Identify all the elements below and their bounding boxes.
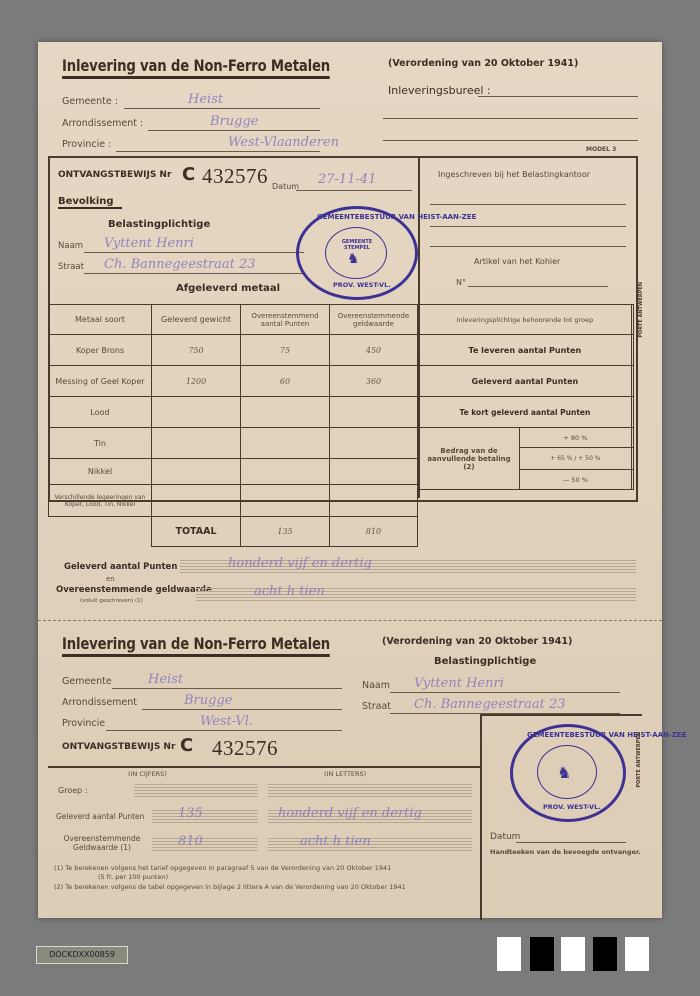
stamp-ring-text: GEMEENTEBESTUUR VAN HEIST-AAN-ZEE [317, 213, 476, 221]
taxpayer-heading: Belastingplichtige [108, 219, 210, 230]
stub-street-label: Straat [362, 701, 391, 712]
header-value: Overeenstemmende geldwaarde [330, 305, 418, 335]
summary-points-label: Geleverd aantal Punten [64, 562, 177, 572]
footnote-2: (2) Te berekenen volgens de tabel opgege… [54, 883, 406, 891]
registered-line-1 [430, 204, 626, 205]
stub-group-label: Groep : [58, 786, 87, 795]
metal-points [241, 485, 330, 517]
stub-group-digits[interactable] [134, 784, 258, 798]
stub-date-line [516, 842, 626, 843]
color-bar-black-1 [530, 937, 554, 971]
table-row: Messing of Geel Koper 1200 60 360 [49, 366, 418, 397]
points-to-deliver-label: Te leveren aantal Punten [419, 335, 632, 366]
percent-80: + 80 % [520, 428, 632, 448]
metal-weight [152, 459, 241, 485]
metal-value [330, 459, 418, 485]
date-label: Datum [272, 182, 299, 191]
metal-name: Lood [49, 397, 152, 428]
stub-receipt-label: ONTVANGSTBEWIJS Nr [62, 742, 175, 752]
stub-stamp-bottom-text: PROV. WEST-VL. [543, 803, 601, 811]
total-row: TOTAAL 135 810 [49, 517, 418, 547]
supplement-amount-label: Bedrag van de aanvullende betaling (2) [419, 428, 520, 490]
group-value [631, 305, 633, 335]
stub-table-top-rule [48, 766, 480, 768]
table-row: Tin [49, 428, 418, 459]
metal-weight: 1200 [152, 366, 241, 397]
points-delivered-value [631, 366, 633, 397]
header-weight: Geleverd gewicht [152, 305, 241, 335]
table-row: Nikkel [49, 459, 418, 485]
provincie-line [116, 151, 320, 152]
metal-points [241, 397, 330, 428]
stub-provincie-line [106, 730, 342, 731]
date-value: 27-11-41 [318, 172, 376, 187]
street-value: Ch. Bannegeestraat 23 [104, 257, 256, 272]
summary-value-note: (voluit geschreven) (1) [80, 598, 143, 604]
stub-receipt-number: 432576 [212, 736, 278, 761]
signature-label: Handteeken van de bevoegde ontvanger. [490, 848, 641, 856]
name-value: Vyttent Henri [104, 236, 194, 251]
percent-minus-value [631, 470, 633, 490]
arrondissement-line [148, 130, 320, 131]
stub-lion-emblem-icon: ♞ [557, 763, 571, 782]
metal-name: Verschillende legeeringen van Koper, Loo… [49, 485, 152, 517]
stub-municipal-stamp: GEMEENTEBESTUUR VAN HEIST-AAN-ZEE PROV. … [510, 724, 626, 822]
table-row: Verschillende legeeringen van Koper, Loo… [49, 485, 418, 517]
stub-name-line [390, 692, 620, 693]
field-label-gemeente: Gemeente : [62, 96, 118, 107]
metal-value [330, 485, 418, 517]
stub-value-provincie: West-Vl. [200, 714, 253, 729]
registered-line-2 [430, 226, 626, 227]
date-line [296, 190, 412, 191]
footnote-1: (1) Te berekenen volgens het tarief opge… [54, 864, 391, 872]
registered-line-3 [430, 246, 626, 247]
stub-col-letters: (IN LETTERS) [324, 770, 366, 778]
metal-name: Nikkel [49, 459, 152, 485]
metal-points: 75 [241, 335, 330, 366]
metal-weight [152, 397, 241, 428]
header-points: Overeenstemmend aantal Punten [241, 305, 330, 335]
metal-points [241, 459, 330, 485]
points-short-value [631, 397, 633, 428]
stub-points-letters: honderd vijf en dertig [278, 806, 422, 821]
percent-65-value [631, 448, 633, 470]
value-written: acht h tien [254, 584, 325, 599]
points-to-deliver-value [631, 335, 633, 366]
registered-heading: Ingeschreven bij het Belastingkantoor [438, 170, 590, 179]
office-line-3 [383, 140, 638, 141]
section-bevolking: Bevolking [58, 196, 122, 209]
stub-street-value: Ch. Bannegeestraat 23 [414, 697, 566, 712]
stub-name-value: Vyttent Henri [414, 676, 504, 691]
article-line [468, 286, 608, 287]
summary-value-label: Overeenstemmende geldwaarde [56, 585, 212, 595]
field-label-provincie: Provincie : [62, 139, 111, 150]
header-metal: Metaal soort [49, 305, 152, 335]
metal-table: Metaal soort Geleverd gewicht Overeenste… [48, 304, 418, 547]
total-spacer [49, 517, 152, 547]
points-table: Inleveringsplichtige behoorende tot groe… [418, 304, 634, 490]
stub-arrondissement-line [142, 709, 342, 710]
stub-value-label: Overeenstemmende Geldwaarde (1) [56, 834, 148, 852]
stub-group-letters[interactable] [268, 784, 472, 798]
article-no-label: N° [456, 278, 466, 287]
municipal-stamp: GEMEENTEBESTUUR VAN HEIST-AAN-ZEE PROV. … [296, 206, 418, 300]
metal-points: 60 [241, 366, 330, 397]
side-print-top: PORTE ANTWERPEN [638, 282, 644, 338]
table-row: Lood [49, 397, 418, 428]
field-label-arrondissement: Arrondissement : [62, 118, 143, 129]
name-label: Naam [58, 241, 83, 251]
metal-value [330, 397, 418, 428]
color-bar-white-1 [497, 937, 521, 971]
metal-name: Koper Brons [49, 335, 152, 366]
stub-date-label: Datum [490, 832, 520, 842]
name-line [84, 252, 304, 253]
percent-minus-50: — 50 % [520, 470, 632, 490]
field-value-provincie: West-Vlaanderen [228, 135, 339, 150]
receipt-document: Inlevering van de Non-Ferro Metalen (Ver… [38, 42, 662, 918]
stub-points-digits-field [152, 810, 258, 824]
percent-80-value [631, 428, 633, 448]
stub-label-provincie: Provincie [62, 718, 105, 729]
gemeente-line [124, 108, 320, 109]
stub-col-digits: (IN CIJFERS) [128, 770, 167, 778]
office-line-2 [383, 118, 638, 119]
ordinance-text: (Verordening van 20 Oktober 1941) [388, 58, 578, 69]
model-label: MODEL 3 [586, 146, 616, 153]
footnote-1b: (5 fr. per 100 punten) [98, 873, 168, 881]
table-row: Koper Brons 750 75 450 [49, 335, 418, 366]
stub-gemeente-line [112, 688, 342, 689]
metal-name: Tin [49, 428, 152, 459]
stub-ordinance: (Verordening van 20 Oktober 1941) [382, 636, 572, 647]
stub-label-gemeente: Gemeente [62, 676, 112, 687]
metal-points [241, 428, 330, 459]
office-label: Inleveringsbureel : [388, 84, 491, 97]
stub-points-label: Geleverd aantal Punten [56, 812, 144, 821]
lion-emblem-icon: ♞ [347, 251, 360, 267]
receipt-number: 432576 [202, 164, 268, 189]
office-line [478, 96, 638, 97]
stub-value-letters: acht h tien [300, 834, 371, 849]
metal-weight [152, 485, 241, 517]
stub-name-label: Naam [362, 680, 390, 691]
stub-value-digits-field [152, 838, 258, 852]
metal-value: 360 [330, 366, 418, 397]
summary-and: en [106, 575, 115, 583]
stub-receipt-series: C [180, 735, 193, 756]
stamp-center-text: GEMEENTE STEMPEL [335, 239, 379, 251]
metal-name: Messing of Geel Koper [49, 366, 152, 397]
stub-title: Inlevering van de Non-Ferro Metalen [62, 634, 330, 657]
metal-value: 450 [330, 335, 418, 366]
stub-taxpayer-heading: Belastingplichtige [434, 656, 536, 667]
points-delivered-label: Geleverd aantal Punten [419, 366, 632, 397]
color-bar-white-2 [561, 937, 585, 971]
stamp-bottom-text: PROV. WEST-VL. [333, 281, 391, 289]
street-line [84, 273, 304, 274]
total-value: 810 [330, 517, 418, 547]
total-label: TOTAAL [152, 517, 241, 547]
points-written: honderd vijf en dertig [228, 556, 372, 571]
group-header: Inleveringsplichtige behoorende tot groe… [419, 305, 632, 335]
tear-line [38, 620, 662, 621]
field-value-gemeente: Heist [188, 92, 223, 107]
stub-points-digits: 135 [178, 806, 203, 821]
receipt-label: ONTVANGSTBEWIJS Nr [58, 170, 171, 180]
document-title: Inlevering van de Non-Ferro Metalen [62, 56, 330, 79]
total-points: 135 [241, 517, 330, 547]
metal-weight: 750 [152, 335, 241, 366]
metal-weight [152, 428, 241, 459]
stub-value-arrondissement: Brugge [184, 693, 232, 708]
stub-value-gemeente: Heist [148, 672, 183, 687]
article-label: Artikel van het Kohier [474, 257, 560, 266]
side-print-bottom: PORTE ANTWERPEN [636, 732, 642, 788]
stub-stamp-ring-text: GEMEENTEBESTUUR VAN HEIST-AAN-ZEE [527, 731, 686, 739]
receipt-series: C [182, 164, 195, 185]
metal-value [330, 428, 418, 459]
color-bar-white-3 [625, 937, 649, 971]
stub-label-arrondissement: Arrondissement [62, 697, 137, 708]
points-short-label: Te kort geleverd aantal Punten [419, 397, 632, 428]
color-bar-black-2 [593, 937, 617, 971]
street-label: Straat [58, 262, 84, 272]
archive-id-tag: DOCKDXX00859 [36, 946, 128, 964]
stub-value-digits: 810 [178, 834, 203, 849]
delivered-metal-heading: Afgeleverd metaal [176, 283, 280, 294]
field-value-arrondissement: Brugge [210, 114, 258, 129]
percent-65-50: + 65 % / + 50 % [520, 448, 632, 470]
